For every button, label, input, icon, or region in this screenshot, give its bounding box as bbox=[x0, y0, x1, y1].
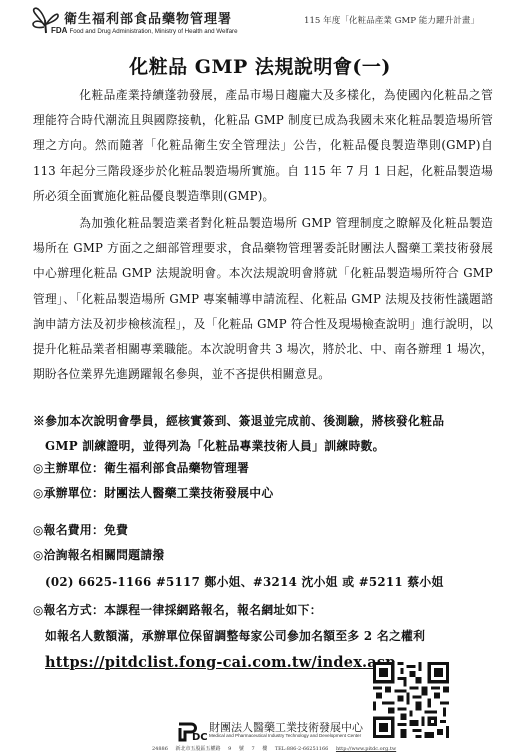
registration-url-link[interactable]: https://pitdclist.fong-cai.com.tw/index.… bbox=[45, 654, 396, 671]
footer-address: 24886 新北市五股區五權路 9 號 7 樓 bbox=[152, 746, 267, 752]
pitdc-logo-icon: DC bbox=[177, 720, 207, 742]
note-line-1: ※參加本次說明會學員，經核實簽到、簽退並完成前、後測驗，將核發化粧品 bbox=[33, 409, 493, 434]
fda-org-en-text: Food and Drug Administration, Ministry o… bbox=[69, 28, 237, 35]
footer-website-link[interactable]: http://www.pitdc.org.tw bbox=[336, 746, 396, 752]
svg-text:DC: DC bbox=[192, 732, 207, 742]
contact-phone: (02) 6625-1166 #5117 鄭小姐、#3214 沈小姐 或 #52… bbox=[45, 573, 444, 590]
fda-abbr: FDA bbox=[51, 26, 67, 35]
qr-code-icon[interactable] bbox=[373, 662, 449, 738]
intro-paragraph-2: 為加強化粧品製造業者對化粧品製造場所 GMP 管理制度之瞭解及化粧品製造場所在 … bbox=[33, 211, 493, 387]
note-line-2: GMP 訓練證明，並得列為「化粧品專業技術人員」訓練時數。 bbox=[33, 434, 493, 459]
footer-tel: TEL:886-2-66251166 bbox=[275, 746, 329, 752]
fda-org-name-cn: 衛生福利部食品藥物管理署 bbox=[64, 8, 232, 27]
training-certificate-note: ※參加本次說明會學員，經核實簽到、簽退並完成前、後測驗，將核發化粧品 GMP 訓… bbox=[33, 409, 493, 459]
inquiry-info: ◎洽詢報名相關問題請撥 bbox=[33, 546, 165, 563]
organizer-info: ◎主辦單位：衛生福利部食品藥物管理署 bbox=[33, 459, 249, 476]
executor-info: ◎承辦單位：財團法人醫藥工業技術發展中心 bbox=[33, 484, 273, 501]
document-header: 衛生福利部食品藥物管理署 FDAFood and Drug Administra… bbox=[0, 0, 520, 44]
intro-paragraph-1: 化粧品產業持續蓬勃發展，產品市場日趨龐大及多樣化，為使國內化粧品之管理能符合時代… bbox=[33, 83, 493, 209]
quota-note: 如報名人數額滿，承辦單位保留調整每家公司參加名額至多 2 名之權利 bbox=[45, 627, 425, 644]
registration-method: ◎報名方式：本課程一律採網路報名，報名網址如下： bbox=[33, 601, 322, 618]
paragraph-text: 為加強化粧品製造業者對化粧品製造場所 GMP 管理制度之瞭解及化粧品製造場所在 … bbox=[33, 216, 493, 381]
page-title: 化粧品 GMP 法規說明會(一) bbox=[0, 52, 520, 79]
footer-contact: 24886 新北市五股區五權路 9 號 7 樓 TEL:886-2-662511… bbox=[152, 745, 396, 752]
plan-title: 115 年度「化粧品產業 GMP 能力躍升計畫」 bbox=[304, 14, 479, 26]
fee-info: ◎報名費用：免費 bbox=[33, 521, 128, 538]
paragraph-text: 化粧品產業持續蓬勃發展，產品市場日趨龐大及多樣化，為使國內化粧品之管理能符合時代… bbox=[33, 88, 493, 203]
footer-org-name-en: Medical and Pharmaceutical Industry Tech… bbox=[209, 733, 361, 738]
fda-org-name-en: FDAFood and Drug Administration, Ministr… bbox=[51, 26, 238, 35]
